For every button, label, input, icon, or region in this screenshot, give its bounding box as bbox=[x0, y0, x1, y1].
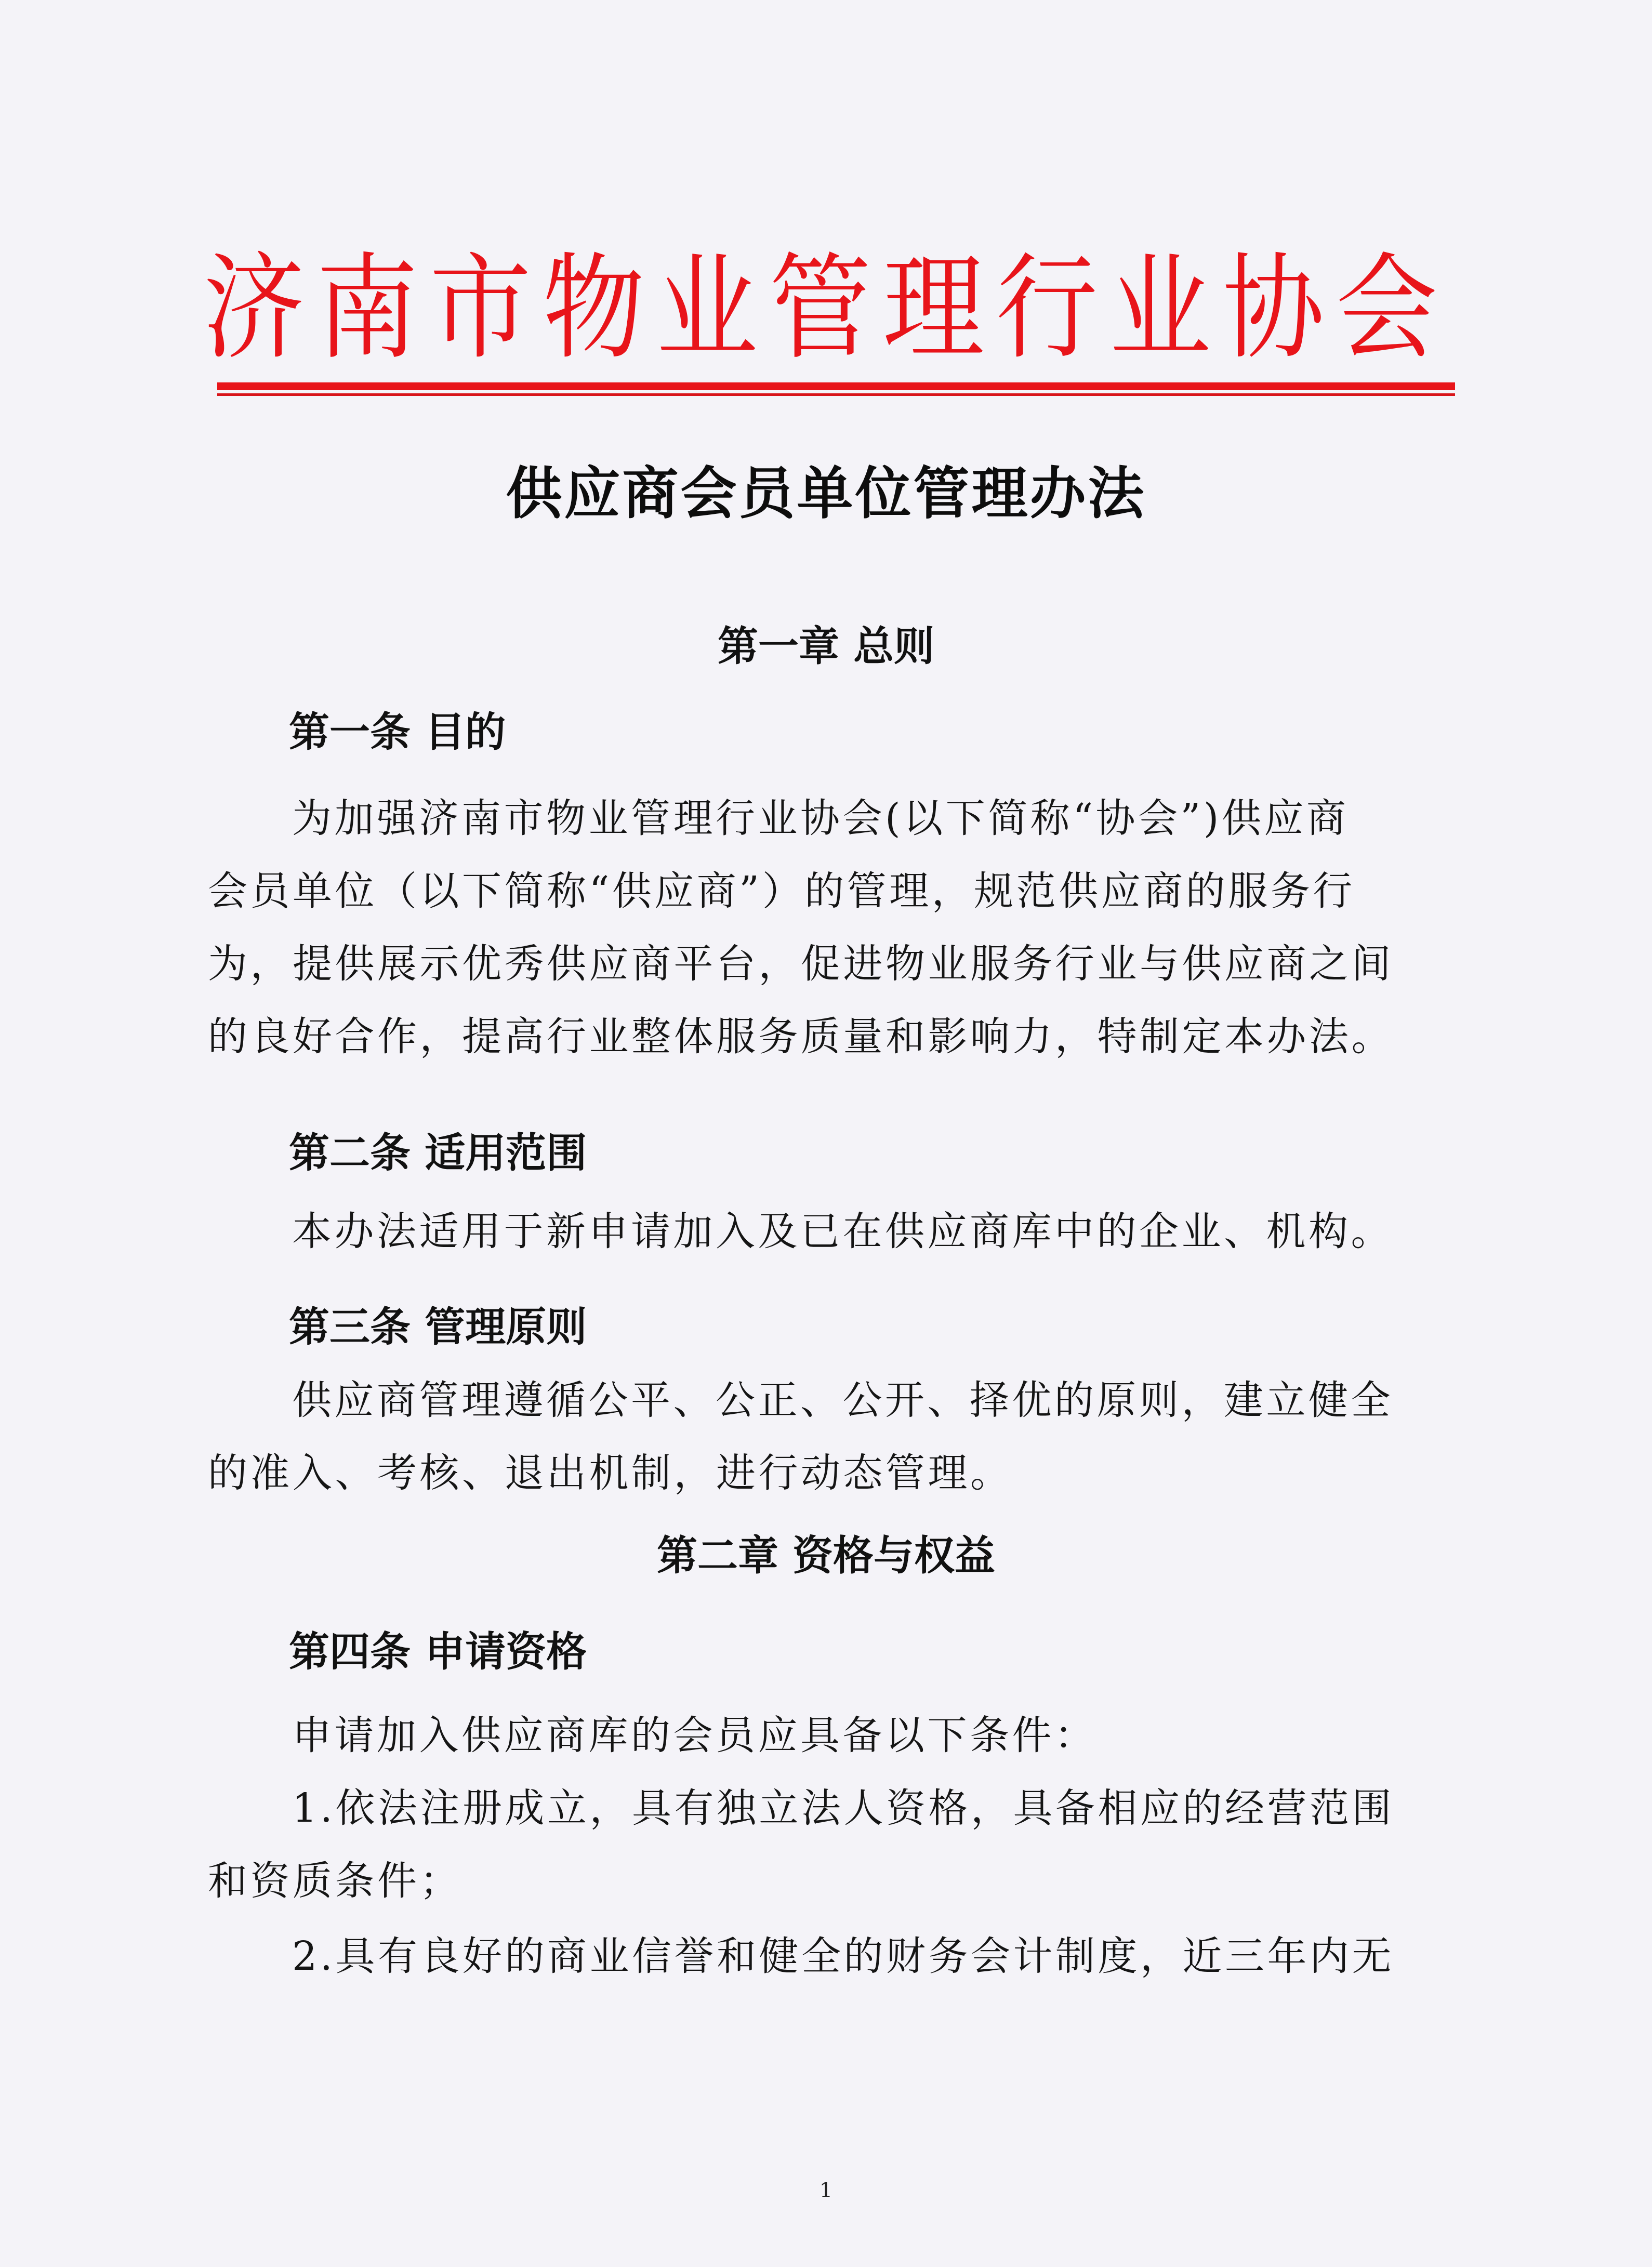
article-2-line-1: 本办法适用于新申请加入及已在供应商库中的企业、机构。 bbox=[292, 1205, 1393, 1257]
document-title: 供应商会员单位管理办法 bbox=[0, 457, 1652, 530]
letterhead-rule-thick bbox=[217, 382, 1455, 390]
article-1-line-4: 的良好合作，提高行业整体服务质量和影响力，特制定本办法。 bbox=[208, 1011, 1394, 1063]
letterhead-rule-thin bbox=[217, 393, 1455, 396]
document-page: 济南市物业管理行业协会 供应商会员单位管理办法 第一章 总则 第一条 目的 为加… bbox=[0, 0, 1652, 2267]
article-3-line-2: 的准入、考核、退出机制，进行动态管理。 bbox=[208, 1447, 1013, 1499]
letterhead-organization-name: 济南市物业管理行业协会 bbox=[0, 239, 1652, 379]
article-3-line-1: 供应商管理遵循公平、公正、公开、择优的原则，建立健全 bbox=[292, 1374, 1393, 1426]
article-4-line-4: 2.具有良好的商业信誉和健全的财务会计制度，近三年内无 bbox=[292, 1930, 1394, 1982]
article-1-line-1: 为加强济南市物业管理行业协会(以下简称“协会”)供应商 bbox=[292, 792, 1349, 844]
article-4-line-2: 1.依法注册成立，具有独立法人资格，具备相应的经营范围 bbox=[292, 1782, 1394, 1834]
chapter-heading-2: 第二章 资格与权益 bbox=[0, 1530, 1652, 1582]
article-heading-2: 第二条 适用范围 bbox=[289, 1128, 587, 1179]
article-heading-4: 第四条 申请资格 bbox=[289, 1626, 587, 1678]
article-1-line-3: 为，提供展示优秀供应商平台，促进物业服务行业与供应商之间 bbox=[208, 938, 1394, 990]
article-1-line-2: 会员单位（以下简称“供应商”）的管理，规范供应商的服务行 bbox=[208, 865, 1355, 917]
article-4-line-1: 申请加入供应商库的会员应具备以下条件： bbox=[292, 1709, 1097, 1761]
article-heading-3: 第三条 管理原则 bbox=[289, 1302, 587, 1354]
chapter-heading-1: 第一章 总则 bbox=[0, 621, 1652, 673]
article-4-line-3: 和资质条件； bbox=[208, 1855, 462, 1907]
page-number: 1 bbox=[0, 2175, 1652, 2206]
article-heading-1: 第一条 目的 bbox=[289, 707, 506, 759]
